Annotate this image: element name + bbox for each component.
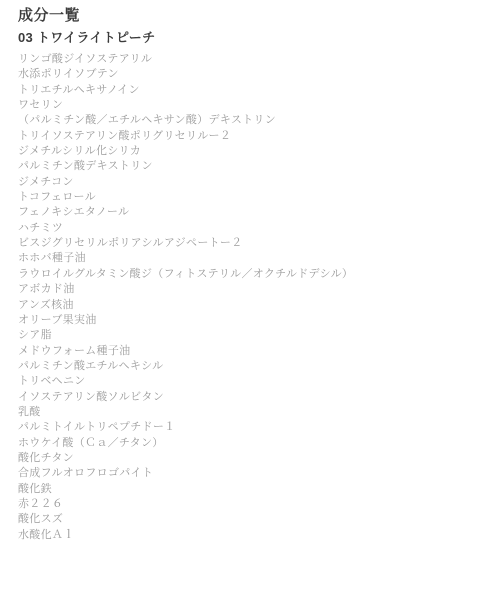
ingredient-item: アンズ核油: [18, 298, 488, 313]
ingredient-item: アボカド油: [18, 282, 488, 297]
page-title: 成分一覧: [18, 7, 488, 24]
ingredient-item: フェノキシエタノール: [18, 205, 488, 220]
ingredient-item: オリーブ果実油: [18, 313, 488, 328]
ingredient-list: リンゴ酸ジイソステアリル水添ポリイソブテントリエチルヘキサノインワセリン（パルミ…: [18, 52, 488, 543]
ingredient-item: パルミチン酸エチルヘキシル: [18, 359, 488, 374]
ingredient-item: メドウフォーム種子油: [18, 344, 488, 359]
ingredient-item: ビスジグリセリルポリアシルアジペートー２: [18, 236, 488, 251]
ingredient-item: ホウケイ酸（Ｃａ／チタン）: [18, 436, 488, 451]
ingredient-item: 乳酸: [18, 405, 488, 420]
ingredient-item: ホホバ種子油: [18, 251, 488, 266]
product-name: 03 トワイライトピーチ: [18, 30, 488, 45]
ingredient-item: 酸化スズ: [18, 512, 488, 527]
ingredient-item: トリエチルヘキサノイン: [18, 83, 488, 98]
ingredient-item: リンゴ酸ジイソステアリル: [18, 52, 488, 67]
ingredient-page: 成分一覧 03 トワイライトピーチ リンゴ酸ジイソステアリル水添ポリイソブテント…: [0, 0, 500, 543]
ingredient-item: 合成フルオロフロゴパイト: [18, 466, 488, 481]
ingredient-item: 水酸化Ａｌ: [18, 528, 488, 543]
ingredient-item: 水添ポリイソブテン: [18, 67, 488, 82]
ingredient-item: ジメチコン: [18, 175, 488, 190]
ingredient-item: 酸化チタン: [18, 451, 488, 466]
ingredient-item: トコフェロール: [18, 190, 488, 205]
ingredient-item: ジメチルシリル化シリカ: [18, 144, 488, 159]
ingredient-item: パルミチン酸デキストリン: [18, 159, 488, 174]
ingredient-item: シア脂: [18, 328, 488, 343]
ingredient-item: 酸化鉄: [18, 482, 488, 497]
ingredient-item: （パルミチン酸／エチルヘキサン酸）デキストリン: [18, 113, 488, 128]
ingredient-item: ハチミツ: [18, 221, 488, 236]
ingredient-item: イソステアリン酸ソルビタン: [18, 390, 488, 405]
ingredient-item: トリイソステアリン酸ポリグリセリルー２: [18, 129, 488, 144]
ingredient-item: ラウロイルグルタミン酸ジ（フィトステリル／オクチルドデシル）: [18, 267, 488, 282]
ingredient-item: パルミトイルトリペプチドー１: [18, 420, 488, 435]
ingredient-item: ワセリン: [18, 98, 488, 113]
ingredient-item: トリベヘニン: [18, 374, 488, 389]
ingredient-item: 赤２２６: [18, 497, 488, 512]
